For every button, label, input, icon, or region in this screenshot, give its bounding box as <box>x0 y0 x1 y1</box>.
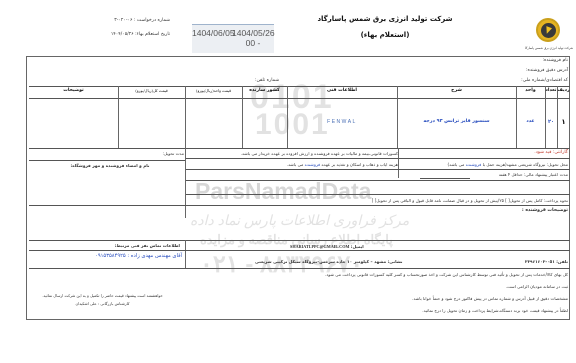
divider <box>186 180 570 181</box>
col-header-row: ردیف <box>557 88 570 93</box>
divider <box>29 250 186 251</box>
email-line: ایمیل: SHARIATI.PPC@GMAIL.COM <box>290 244 364 249</box>
divider <box>29 240 570 241</box>
footer-note-2: ثبت در سامانه مودیان الزامی است. <box>506 284 568 289</box>
table-bottom-border <box>29 148 570 149</box>
inquiry-date: تاریخ استعلام بهاء: ۱۴۰۴/۰۵/۲۶ <box>100 32 170 37</box>
cell-unit-price[interactable] <box>185 99 242 148</box>
divider <box>186 158 570 159</box>
inquiry-form-frame <box>26 56 570 320</box>
cell-tech-info: FENWAL <box>287 119 397 125</box>
seller-name-label: نام فروشنده: <box>542 58 568 63</box>
seller-sign-label: نام و امضاء فروشنده و مهر فروشگاه: <box>60 163 160 168</box>
seller-notes-label: توضیحات فروشنده : <box>522 208 568 213</box>
col-header-tech-info: اطلاعات فنی <box>287 88 397 93</box>
warranty-note: گارانتی: قید شود. <box>534 150 568 155</box>
request-text: خواهشمند است پیشنهاد قیمت حاضر را تکمیل … <box>40 293 165 298</box>
divider <box>185 240 186 269</box>
date-end-box: 1404/06/05 <box>192 24 232 53</box>
divider <box>186 169 570 170</box>
date-end: 1404/06/05 <box>192 28 232 38</box>
document-subtitle: (استعلام بهاء) <box>300 31 470 39</box>
address-line: نشانی: مشهد – کیلومتر ۱۰ جاده سرخس–نیروگ… <box>255 259 402 264</box>
logo-caption: شرکت تولید انرژی برق شمس پاسارگاد <box>525 46 573 50</box>
tech-contact: آقای مهندس مهدی زاده : ۰۹۱۵۳۵۸۴۹۲۵ <box>62 253 182 259</box>
divider <box>29 160 186 161</box>
seller-economic-code-label: کد اقتصادی/شماره ملی: <box>521 78 568 83</box>
request-number: شماره درخواست : ۰۶-۰۲۰-۳ <box>100 18 170 23</box>
col-divider <box>516 86 517 148</box>
col-divider <box>397 86 398 148</box>
cell-unit: عدد <box>516 119 545 124</box>
divider <box>186 250 570 251</box>
col-divider <box>557 86 558 148</box>
col-header-qty: تعداد <box>545 88 557 93</box>
divider <box>186 194 570 195</box>
col-header-country: کشور سازنده <box>242 88 287 93</box>
footer-note-3: مشخصات دقیق از قبیل آدرس و شماره تماس در… <box>412 296 568 301</box>
tech-contact-title: اطلاعات تماس نفر فنی مرتبط: <box>60 243 180 248</box>
company-title: شرکت تولید انرژی برق شمس پاسارگاد <box>300 15 470 23</box>
col-header-notes: توضیحات <box>29 88 118 93</box>
payment-terms: نحوه پرداخت: کامل پس از تحویل[ ] ۲۵/پیش … <box>372 198 568 203</box>
seller-phone-label: شماره تلفن: <box>255 78 279 83</box>
divider <box>398 148 399 178</box>
delivery-time-label: مدت تحویل: <box>160 151 184 156</box>
date-start-suffix: 00 - <box>232 38 274 48</box>
col-divider <box>545 86 546 148</box>
footer-note-4: لطفاً در پیشنهاد قیمت خود برند دستگاه،شر… <box>422 308 568 313</box>
seller-notes-field[interactable] <box>29 214 570 240</box>
commercial-expert: کارشناس بازرگانی : علی اشکیدان <box>40 301 165 306</box>
date-start: 1404/05/26 <box>232 28 274 38</box>
divider <box>185 148 186 218</box>
cell-description: سنسور فایر ترانس ۹۳ درجه <box>397 119 516 124</box>
divider <box>29 205 570 206</box>
cell-notes[interactable] <box>29 99 118 148</box>
date-start-box: 1404/05/26 00 - <box>232 24 274 53</box>
col-header-unit: واحد <box>516 88 545 93</box>
phone-line: تلفن: ۰۵۱-۳۳۹۶۱۶۰۳ <box>525 259 568 264</box>
table-top-border <box>29 86 570 87</box>
transport-note: هزینه ایاب و ذهاب و اسکان و تغذیه بر عهد… <box>190 162 398 167</box>
seller-address-label: آدرس دقیق فروشنده: <box>526 68 568 73</box>
col-header-description: شرح <box>397 88 516 93</box>
col-header-total-price: قیمت کل(ریال/یورو) <box>118 88 185 93</box>
cell-row-number: ۱ <box>557 118 570 126</box>
lightning-icon <box>541 23 556 38</box>
divider <box>29 268 570 269</box>
col-header-unit-price: قیمت واحد(ریال/یورو) <box>185 88 242 93</box>
cell-total-price[interactable] <box>118 99 185 148</box>
col-divider <box>287 86 288 148</box>
validity-note: مدت اعتبار پیشنهاد مالی: حداقل ۴ هفته <box>499 172 568 177</box>
cell-qty: ۲۰ <box>545 119 557 125</box>
company-logo <box>536 18 560 42</box>
delivery-place-note: محل تحویل: نیروگاه شریعتی مشهد(هزینه حمل… <box>448 162 568 167</box>
footer-note-1: کل بهای کالا/خدمات پس از تحویل و تأئید ف… <box>325 272 568 277</box>
cell-country[interactable] <box>242 99 287 148</box>
tax-note: کسورات قانونی،بیمه و مالیات بر عهده فروش… <box>190 151 398 156</box>
validity-underline <box>420 178 470 179</box>
